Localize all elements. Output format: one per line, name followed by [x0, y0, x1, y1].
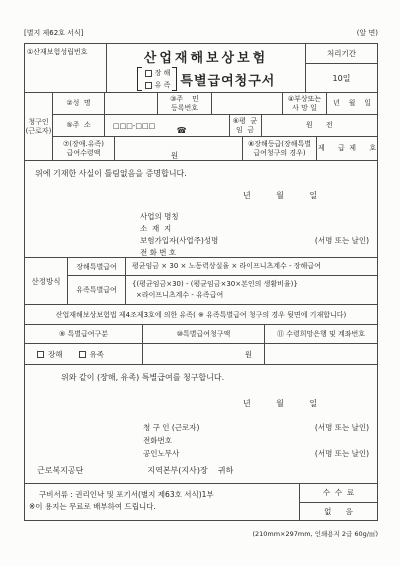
claim-detail-section: ⑨ 특별급여구분 ⑩특별급여청구액 ⑪ 수령희망은행 및 계좌번호 장해 유족 — [25, 325, 377, 365]
option-survivor: 유족 — [79, 349, 105, 360]
disability-grade-label: ⑧장해등급(장해특별 급여청구의 경우) — [243, 137, 317, 160]
form-title-line1: 산업재해보상보험 — [107, 47, 305, 66]
survivor-note-text: 산업재해보상보험법 제4조제3호에 의한 유족( ※ 유족특별급여 청구의 경우… — [56, 310, 346, 320]
checkbox-survivor-title[interactable] — [145, 82, 152, 89]
documents-cell: 구비서류 : 권리인낙 및 포기서(별지 제63호 서식)1부 ※이 용지는 무… — [25, 484, 299, 520]
checkbox-survivor[interactable] — [79, 351, 86, 358]
request-signature-fields: 청 구 인 (근로자) (서명 또는 날인) 전화번호 공인노무사 (서명 또는… — [143, 421, 377, 460]
injury-date-label: ④부상또는 사 망 일 — [283, 93, 327, 114]
attorney-signature-line[interactable]: 공인노무사 (서명 또는 날인) — [143, 447, 377, 460]
injury-date-field[interactable]: 년 월 일 — [327, 93, 377, 114]
right-bracket — [172, 67, 177, 91]
rrn-field[interactable] — [212, 93, 283, 114]
form-title-main: 특별급여청구서 — [180, 70, 275, 89]
avg-wage-label: ⑥평 균 임 금 — [230, 115, 262, 136]
org-name: 근로복지공단 — [37, 465, 83, 476]
processing-period-label: 처리기간 — [306, 44, 377, 64]
claimant-row-name: ②성 명 ③주 민 등록번호 ④부상또는 사 망 일 년 월 일 — [53, 93, 377, 115]
documents-line: 구비서류 : 권리인낙 및 포기서(별지 제63호 서식)1부 — [29, 489, 299, 501]
option-survivor-label: 유족 — [90, 349, 105, 360]
claimant-row-benefit: ⑦(장애.유족) 급여수령액 원 ⑧장해등급(장해특별 급여청구의 경우) 제 … — [53, 137, 377, 160]
bank-account-header: ⑪ 수령희망은행 및 계좌번호 — [265, 325, 377, 343]
name-label: ②성 명 — [53, 93, 105, 114]
claim-amount-header: ⑩특별급여청구액 — [143, 325, 265, 343]
option-disability: 장해 — [37, 349, 63, 360]
insurance-number-cell[interactable]: ①산재보험성립번호 — [25, 44, 107, 92]
telephone-icon: ☎ — [177, 126, 187, 135]
survivor-note-row: 산업재해보상보험법 제4조제3호에 의한 유족( ※ 유족특별급여 청구의 경우… — [25, 305, 377, 325]
left-bracket — [137, 67, 142, 91]
certification-date-line: 년 월 일 — [243, 190, 377, 201]
form-title-line2: 장 해 유 족 특별급여청구서 — [107, 67, 305, 91]
title-option-disability-label: 장 해 — [155, 68, 171, 79]
name-field[interactable] — [105, 93, 158, 114]
form-meta-row: [별지 제62호 서식] (앞 면) — [24, 28, 378, 38]
header-section: ①산재보험성립번호 산업재해보상보험 장 해 유 — [25, 44, 377, 93]
business-address-line[interactable]: 소 재 지 — [140, 222, 377, 234]
benefit-type-options: 장 해 유 족 — [145, 68, 171, 91]
title-option-survivor-label: 유 족 — [155, 80, 171, 91]
claimant-signature-line[interactable]: 청 구 인 (근로자) (서명 또는 날인) — [143, 421, 377, 434]
benefit-type-field: 장해 유족 — [25, 344, 143, 364]
title-option-survivor: 유 족 — [145, 80, 171, 91]
certification-statement: 위에 기재한 사실이 틀림없음을 증명합니다. — [35, 168, 377, 179]
checkbox-disability-title[interactable] — [145, 70, 152, 77]
employer-name-line[interactable]: 보험가입자(사업주)성명 (서명 또는 날인) — [140, 234, 377, 246]
disability-grade-field[interactable]: 제 급 제 호 — [317, 137, 377, 160]
claimant-sign-note: (서명 또는 날인) — [315, 422, 377, 433]
processing-period-value: 10일 — [306, 64, 377, 92]
claimant-rows: ②성 명 ③주 민 등록번호 ④부상또는 사 망 일 년 월 일 — [53, 93, 377, 160]
rrn-label: ③주 민 등록번호 — [158, 93, 212, 114]
request-statement: 위와 같이 (장해, 유족) 특별급여를 청구합니다. — [61, 372, 377, 383]
claimant-row-address: ⑤주 소 □□□-□□□ ☎ ⑥평 균 임 금 원 전 — [53, 115, 377, 137]
disability-formula: 평균임금 × 30 × 노동력상실율 × 라이프니츠계수 - 장해급여 — [126, 258, 377, 275]
claim-amount-field[interactable]: 원 — [143, 344, 265, 364]
claim-value-row: 장해 유족 원 — [25, 344, 377, 364]
claimant-group-label-line1: 청구인 — [28, 118, 48, 127]
request-date-line: 년 월 일 — [243, 398, 377, 409]
processing-period-cell: 처리기간 10일 — [305, 44, 377, 92]
scanned-form-sheet: [별지 제62호 서식] (앞 면) ①산재보험성립번호 산업재해보상보험 — [0, 0, 400, 566]
free-distribution-note: ※이 용지는 무료로 배부하여 드립니다. — [29, 501, 299, 513]
employer-sign-note: (서명 또는 날인) — [315, 235, 377, 246]
title-option-disability: 장 해 — [145, 68, 171, 79]
bank-account-field[interactable] — [265, 344, 377, 364]
calculation-section: 산정방식 장해특별급여 평균임금 × 30 × 노동력상실율 × 라이프니츠계수… — [25, 258, 377, 305]
claim-header-row: ⑨ 특별급여구분 ⑩특별급여청구액 ⑪ 수령희망은행 및 계좌번호 — [25, 325, 377, 344]
fee-label: 수 수 료 — [323, 487, 354, 498]
survivor-formula: {(평균임금×30) - (평균임금×30×본인의 생활비율)} ×라이프니츠계… — [126, 276, 377, 304]
survivor-benefit-label: 유족특별급여 — [68, 276, 126, 304]
insurance-number-label: ①산재보험성립번호 — [27, 48, 87, 56]
documents-fee-section: 구비서류 : 권리인낙 및 포기서(별지 제63호 서식)1부 ※이 용지는 무… — [25, 484, 377, 520]
attorney-sign-note: (서명 또는 날인) — [315, 448, 377, 459]
checkbox-disability[interactable] — [37, 351, 44, 358]
option-disability-label: 장해 — [48, 349, 63, 360]
page-side-note: (앞 면) — [357, 28, 378, 38]
claimant-group-label-line2: (근로자) — [26, 127, 52, 136]
business-phone-line[interactable]: 전 화 번 호 — [140, 246, 377, 258]
form-content: [별지 제62호 서식] (앞 면) ①산재보험성립번호 산업재해보상보험 — [24, 28, 378, 538]
claimant-group-label: 청구인 (근로자) — [25, 93, 53, 160]
paper-spec-footnote: (210mm×297mm, 인쇄용지 2급 60g/㎡) — [24, 529, 378, 538]
survivor-formula-row: 유족특별급여 {(평균임금×30) - (평균임금×30×본인의 생활비율)} … — [68, 276, 377, 304]
claimant-phone-line[interactable]: 전화번호 — [143, 434, 377, 447]
fee-value: 없 음 — [324, 506, 353, 517]
request-section: 위와 같이 (장해, 유족) 특별급여를 청구합니다. 년 월 일 청 구 인 … — [25, 372, 377, 484]
business-name-line[interactable]: 사업의 명칭 — [140, 210, 377, 222]
received-benefit-label: ⑦(장애.유족) 급여수령액 — [53, 137, 115, 160]
org-recipient: 지역본부(지사)장 귀하 — [147, 465, 233, 476]
certification-fields: 사업의 명칭 소 재 지 보험가입자(사업주)성명 (서명 또는 날인) 전 화… — [140, 210, 377, 258]
disability-benefit-label: 장해특별급여 — [68, 258, 126, 275]
certification-section: 위에 기재한 사실이 틀림없음을 증명합니다. 년 월 일 사업의 명칭 소 재… — [25, 168, 377, 258]
title-cell: 산업재해보상보험 장 해 유 족 — [107, 44, 305, 92]
received-benefit-field[interactable]: 원 — [115, 137, 243, 160]
address-field[interactable]: □□□-□□□ ☎ — [105, 115, 230, 136]
disability-formula-row: 장해특별급여 평균임금 × 30 × 노동력상실율 × 라이프니츠계수 - 장해… — [68, 258, 377, 276]
postal-code-boxes[interactable]: □□□-□□□ — [113, 122, 155, 130]
address-label: ⑤주 소 — [53, 115, 105, 136]
calculation-section-label: 산정방식 — [25, 258, 68, 304]
claim-form-table: ①산재보험성립번호 산업재해보상보험 장 해 유 — [24, 43, 378, 521]
fee-box: 수 수 료 없 음 — [299, 484, 377, 520]
avg-wage-field[interactable]: 원 전 — [262, 115, 378, 136]
benefit-type-header: ⑨ 특별급여구분 — [25, 325, 143, 343]
calculation-rows: 장해특별급여 평균임금 × 30 × 노동력상실율 × 라이프니츠계수 - 장해… — [68, 258, 377, 304]
claimant-section: 청구인 (근로자) ②성 명 ③주 민 등록번호 ④부상또는 — [25, 93, 377, 161]
recipient-line: 근로복지공단 지역본부(지사)장 귀하 — [37, 465, 233, 476]
form-reference: [별지 제62호 서식] — [24, 28, 83, 38]
